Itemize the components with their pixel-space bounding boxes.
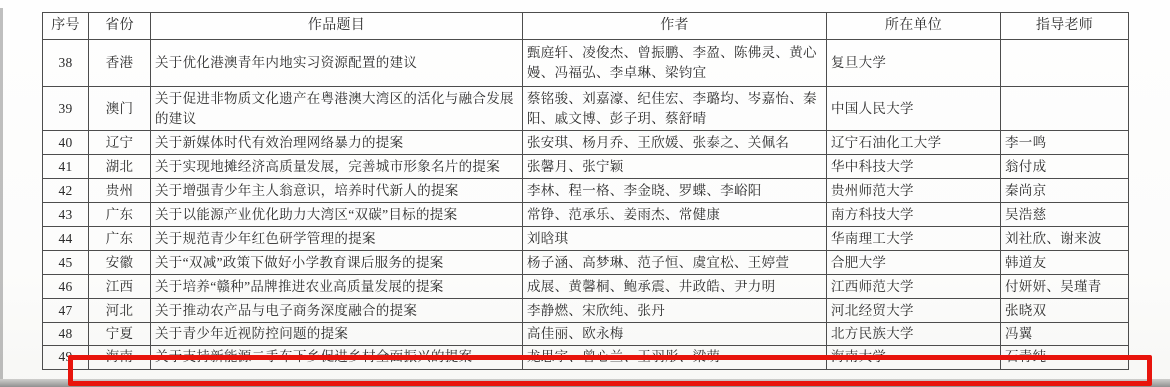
row-number-cell: 47 xyxy=(43,299,89,323)
authors-cell: 蔡铭骏、刘嘉濠、纪佳宏、李璐均、岑嘉怡、秦阳、戚文博、彭子玥、蔡舒晴 xyxy=(523,87,827,131)
province-cell: 香港 xyxy=(89,40,151,87)
table-row: 48 宁夏 关于青少年近视防控问题的提案 高佳丽、欧永梅 北方民族大学 冯翼 xyxy=(43,323,1129,346)
authors-cell: 甄庭轩、凌俊杰、曾振鹏、李盈、陈佛灵、黄心嫚、冯福弘、李卓琳、梁钧宜 xyxy=(523,40,827,87)
row-number-cell: 40 xyxy=(43,131,89,155)
province-cell: 辽宁 xyxy=(89,131,151,155)
advisor-cell: 吴浩慈 xyxy=(1001,203,1129,227)
row-number-cell: 48 xyxy=(43,323,89,346)
advisor-cell: 韩道友 xyxy=(1001,251,1129,275)
row-number-cell: 45 xyxy=(43,251,89,275)
table-row: 39 澳门 关于促进非物质文化遗产在粤港澳大湾区的活化与融合发展的建议 蔡铭骏、… xyxy=(43,87,1129,131)
table-row: 42 贵州 关于增强青少年主人翁意识，培养时代新人的提案 李林、程一格、李金晓、… xyxy=(43,179,1129,203)
province-cell: 河北 xyxy=(89,299,151,323)
title-cell: 关于推动农产品与电子商务深度融合的提案 xyxy=(151,299,523,323)
row-number-cell: 43 xyxy=(43,203,89,227)
header-cell-authors: 作者 xyxy=(523,13,827,40)
authors-cell: 成展、黄馨桐、鲍承震、井政皓、尹力明 xyxy=(523,275,827,299)
province-cell: 宁夏 xyxy=(89,323,151,346)
province-cell: 广东 xyxy=(89,203,151,227)
table-header-row: 序号 省份 作品题目 作者 所在单位 指导老师 xyxy=(43,13,1129,40)
unit-cell: 贵州师范大学 xyxy=(827,179,1001,203)
authors-cell: 刘晗琪 xyxy=(523,227,827,251)
advisor-cell: 李一鸣 xyxy=(1001,131,1129,155)
table-row: 41 湖北 关于实现地摊经济高质量发展，完善城市形象名片的提案 张馨月、张宁颖 … xyxy=(43,155,1129,179)
title-cell: 关于“双减”政策下做好小学教育课后服务的提案 xyxy=(151,251,523,275)
province-cell: 广东 xyxy=(89,227,151,251)
province-cell: 湖北 xyxy=(89,155,151,179)
unit-cell: 华南理工大学 xyxy=(827,227,1001,251)
authors-cell: 常铮、范承乐、姜雨杰、常健康 xyxy=(523,203,827,227)
table-row: 46 江西 关于培养“赣种”品牌推进农业高质量发展的提案 成展、黄馨桐、鲍承震、… xyxy=(43,275,1129,299)
unit-cell: 华中科技大学 xyxy=(827,155,1001,179)
authors-cell: 杨子涵、高梦琳、范子恒、虞宜松、王婷萱 xyxy=(523,251,827,275)
row-number-cell: 46 xyxy=(43,275,89,299)
province-cell: 江西 xyxy=(89,275,151,299)
title-cell: 关于青少年近视防控问题的提案 xyxy=(151,323,523,346)
unit-cell: 中国人民大学 xyxy=(827,87,1001,131)
table-row: 38 香港 关于优化港澳青年内地实习资源配置的建议 甄庭轩、凌俊杰、曾振鹏、李盈… xyxy=(43,40,1129,87)
table-row: 40 辽宁 关于新媒体时代有效治理网络暴力的提案 张安琪、杨月乔、王欣媛、张泰之… xyxy=(43,131,1129,155)
title-cell: 关于以能源产业优化助力大湾区“双碳”目标的提案 xyxy=(151,203,523,227)
title-cell: 关于规范青少年红色研学管理的提案 xyxy=(151,227,523,251)
row-number-cell: 39 xyxy=(43,87,89,131)
unit-cell: 北方民族大学 xyxy=(827,323,1001,346)
row-number-cell: 42 xyxy=(43,179,89,203)
proposal-table: 序号 省份 作品题目 作者 所在单位 指导老师 38 香港 关于优化港澳青年内地… xyxy=(42,12,1129,370)
advisor-cell: 秦尚京 xyxy=(1001,179,1129,203)
row-number-cell: 38 xyxy=(43,40,89,87)
advisor-cell: 付妍妍、吴瑾青 xyxy=(1001,275,1129,299)
scanned-page-background: 序号 省份 作品题目 作者 所在单位 指导老师 38 香港 关于优化港澳青年内地… xyxy=(0,0,1170,387)
province-cell: 澳门 xyxy=(89,87,151,131)
authors-cell: 张馨月、张宁颖 xyxy=(523,155,827,179)
authors-cell: 李林、程一格、李金晓、罗蝶、李峪阳 xyxy=(523,179,827,203)
unit-cell: 合肥大学 xyxy=(827,251,1001,275)
title-cell: 关于新媒体时代有效治理网络暴力的提案 xyxy=(151,131,523,155)
title-cell: 关于实现地摊经济高质量发展，完善城市形象名片的提案 xyxy=(151,155,523,179)
table-row: 45 安徽 关于“双减”政策下做好小学教育课后服务的提案 杨子涵、高梦琳、范子恒… xyxy=(43,251,1129,275)
advisor-cell: 刘社欣、谢来波 xyxy=(1001,227,1129,251)
advisor-cell: 张晓双 xyxy=(1001,299,1129,323)
province-cell: 贵州 xyxy=(89,179,151,203)
advisor-cell xyxy=(1001,87,1129,131)
row-number-cell: 44 xyxy=(43,227,89,251)
header-cell-number: 序号 xyxy=(43,13,89,40)
photo-edge-artifact xyxy=(0,8,3,380)
header-cell-unit: 所在单位 xyxy=(827,13,1001,40)
title-cell: 关于培养“赣种”品牌推进农业高质量发展的提案 xyxy=(151,275,523,299)
title-cell: 关于促进非物质文化遗产在粤港澳大湾区的活化与融合发展的建议 xyxy=(151,87,523,131)
table-row: 43 广东 关于以能源产业优化助力大湾区“双碳”目标的提案 常铮、范承乐、姜雨杰… xyxy=(43,203,1129,227)
advisor-cell: 冯翼 xyxy=(1001,323,1129,346)
header-cell-province: 省份 xyxy=(89,13,151,40)
advisor-cell xyxy=(1001,40,1129,87)
unit-cell: 南方科技大学 xyxy=(827,203,1001,227)
advisor-cell: 翁付成 xyxy=(1001,155,1129,179)
authors-cell: 高佳丽、欧永梅 xyxy=(523,323,827,346)
unit-cell: 江西师范大学 xyxy=(827,275,1001,299)
table-row: 44 广东 关于规范青少年红色研学管理的提案 刘晗琪 华南理工大学 刘社欣、谢来… xyxy=(43,227,1129,251)
province-cell: 安徽 xyxy=(89,251,151,275)
table-row: 47 河北 关于推动农产品与电子商务深度融合的提案 李静燃、宋欣纯、张丹 河北经… xyxy=(43,299,1129,323)
title-cell: 关于增强青少年主人翁意识，培养时代新人的提案 xyxy=(151,179,523,203)
unit-cell: 复旦大学 xyxy=(827,40,1001,87)
authors-cell: 李静燃、宋欣纯、张丹 xyxy=(523,299,827,323)
header-cell-title: 作品题目 xyxy=(151,13,523,40)
title-cell: 关于优化港澳青年内地实习资源配置的建议 xyxy=(151,40,523,87)
unit-cell: 辽宁石油化工大学 xyxy=(827,131,1001,155)
highlight-box xyxy=(68,355,1152,386)
authors-cell: 张安琪、杨月乔、王欣媛、张泰之、关佩名 xyxy=(523,131,827,155)
unit-cell: 河北经贸大学 xyxy=(827,299,1001,323)
row-number-cell: 41 xyxy=(43,155,89,179)
header-cell-advisor: 指导老师 xyxy=(1001,13,1129,40)
